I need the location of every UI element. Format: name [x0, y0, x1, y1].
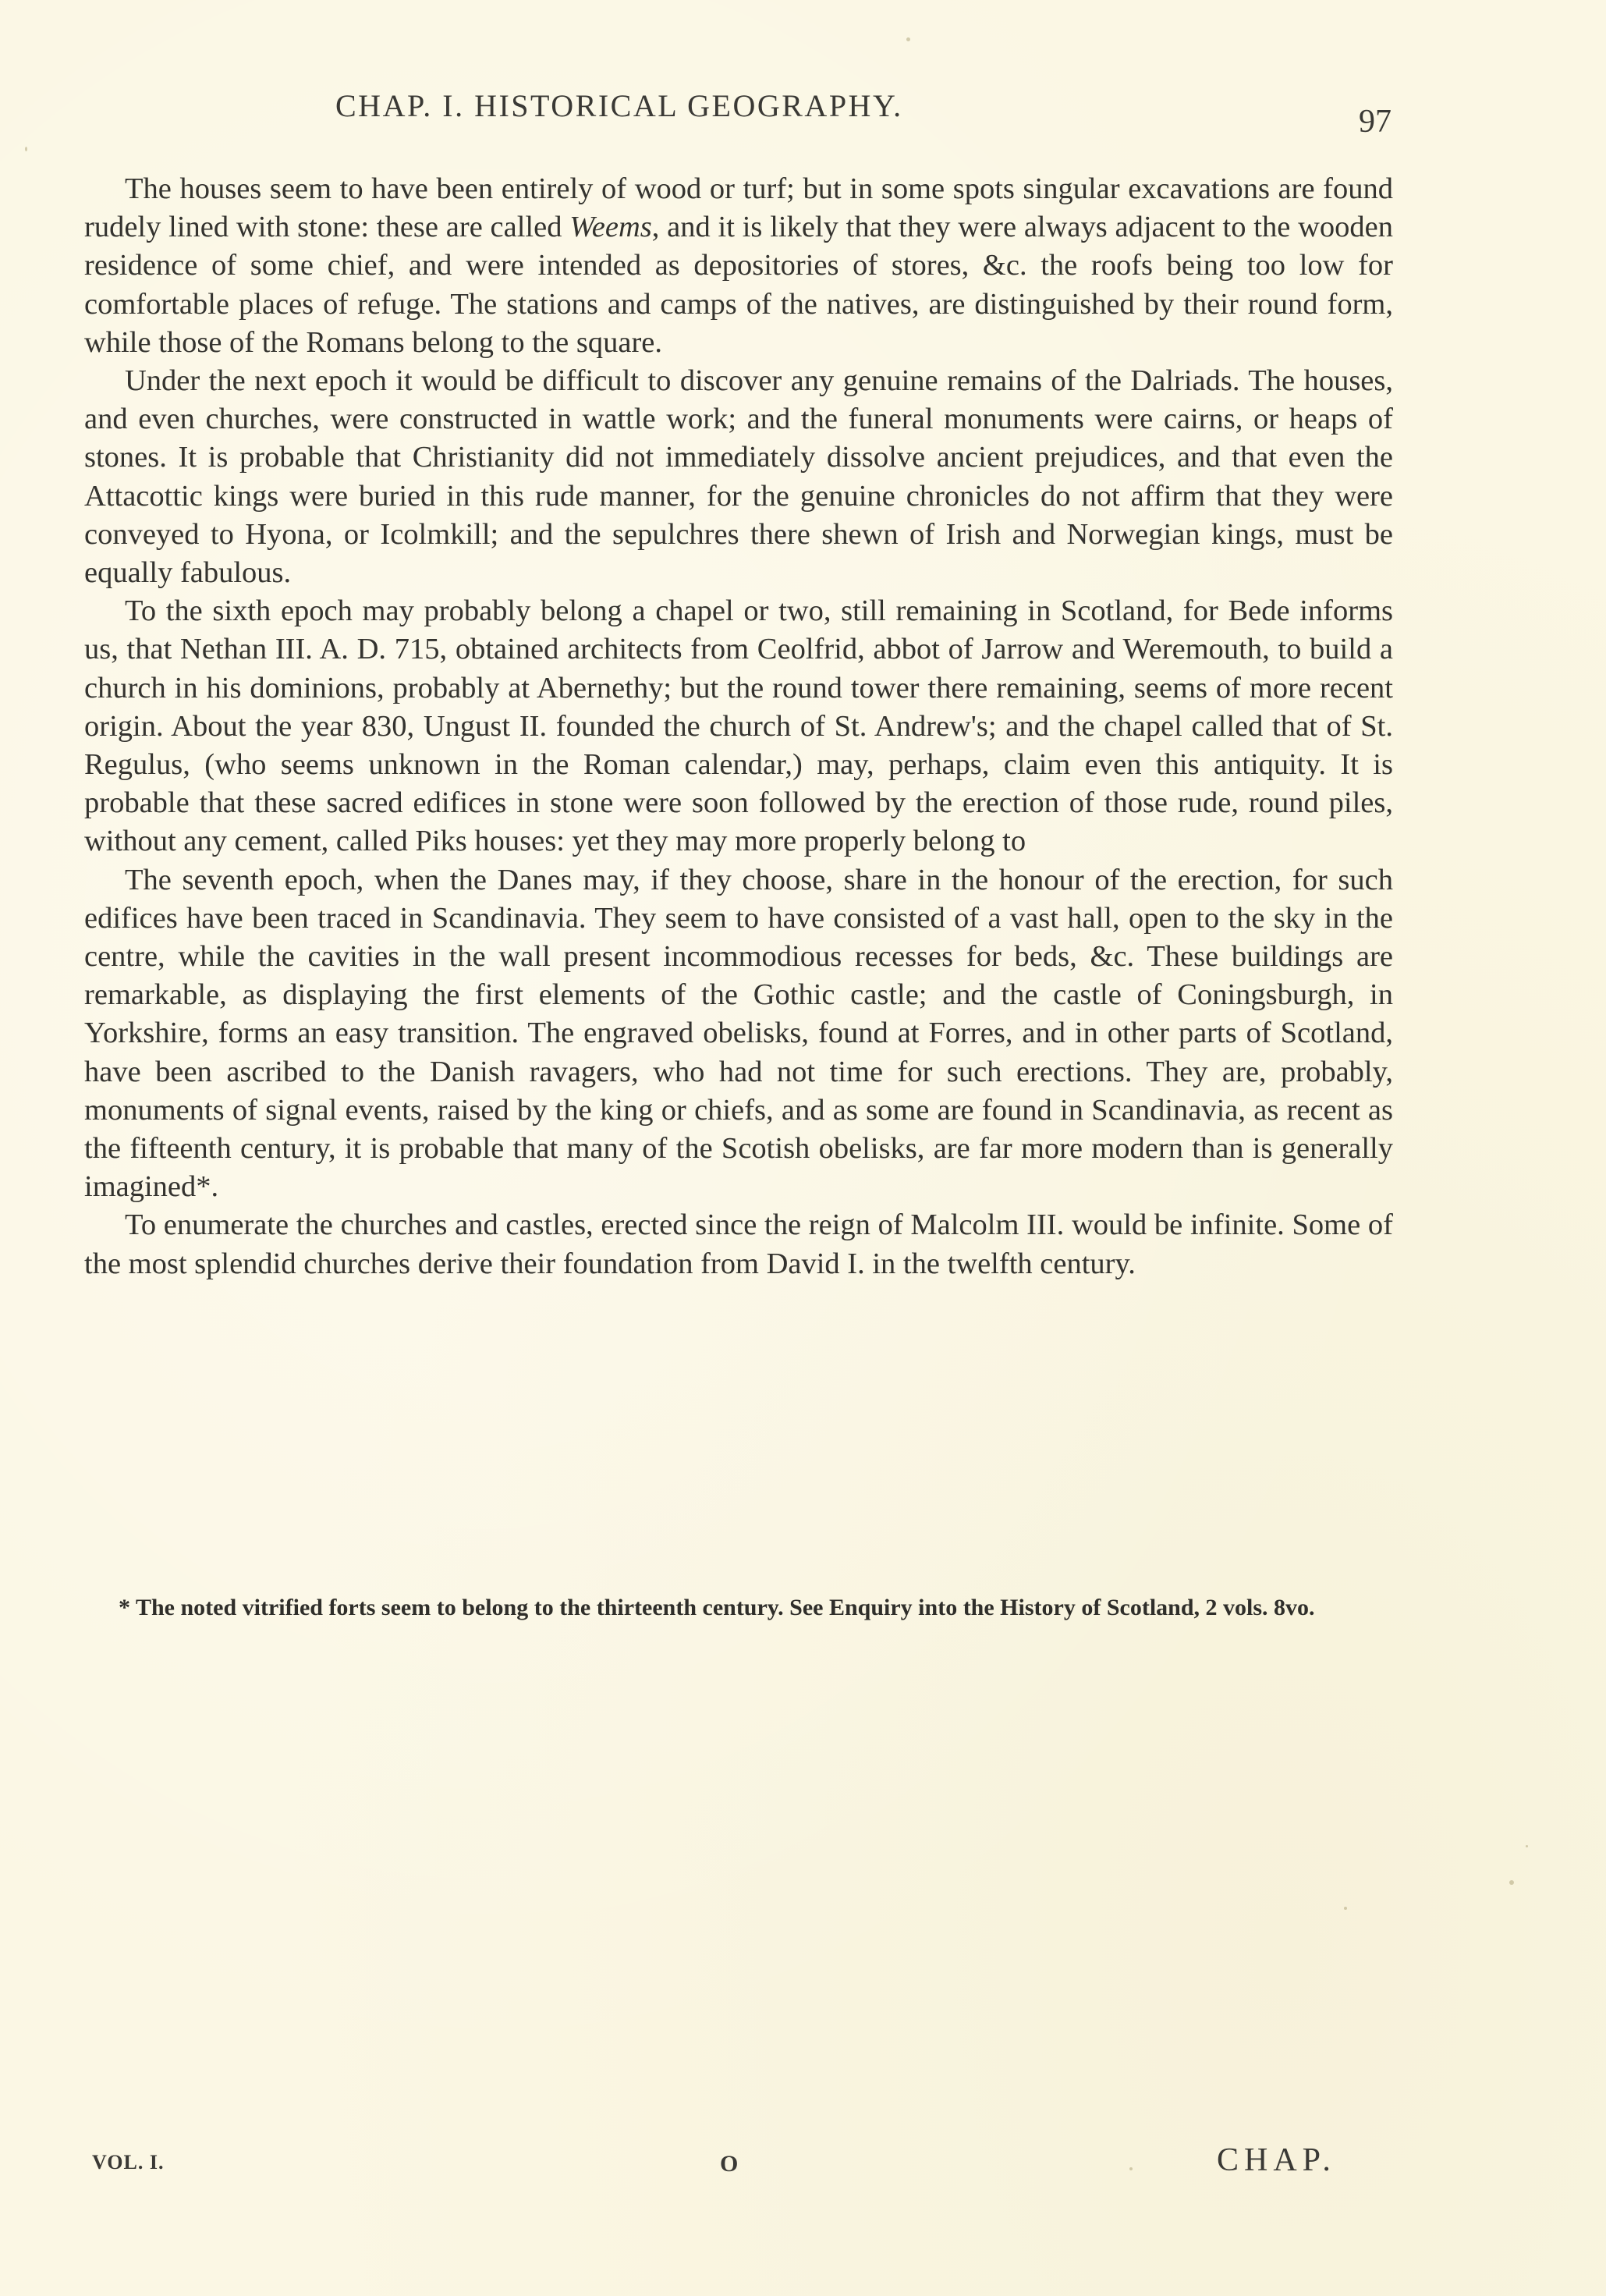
paragraph-sixth-epoch: To the sixth epoch may probably belong a…: [84, 592, 1393, 861]
paragraph-next-epoch: Under the next epoch it would be difficu…: [84, 362, 1393, 592]
paper-speck: [1344, 1907, 1347, 1910]
paper-speck: [906, 37, 910, 41]
footnote: * The noted vitrified forts seem to belo…: [84, 1592, 1379, 1624]
page-footer: VOL. I. O CHAP.: [84, 2142, 1410, 2188]
paper-speck: [1526, 1845, 1528, 1847]
volume-label: VOL. I.: [92, 2151, 164, 2174]
page-number: 97: [1359, 103, 1392, 140]
catchword: CHAP.: [1217, 2142, 1336, 2179]
paragraph-houses: The houses seem to have been entirely of…: [84, 170, 1393, 362]
italic-term-weems: Weems: [569, 211, 652, 243]
paragraph-seventh-epoch: The seventh epoch, when the Danes may, i…: [84, 861, 1393, 1207]
paper-speck: [1509, 1880, 1514, 1885]
paper-speck: [1129, 2167, 1133, 2170]
running-title: CHAP. I. HISTORICAL GEOGRAPHY.: [335, 87, 903, 124]
paragraph-churches-castles: To enumerate the churches and castles, e…: [84, 1206, 1393, 1283]
body-text: The houses seem to have been entirely of…: [84, 170, 1393, 1283]
paper-speck: [25, 147, 27, 151]
running-head: CHAP. I. HISTORICAL GEOGRAPHY. 97: [335, 87, 1404, 142]
signature-mark: O: [720, 2151, 738, 2177]
book-page: CHAP. I. HISTORICAL GEOGRAPHY. 97 The ho…: [0, 0, 1606, 2296]
